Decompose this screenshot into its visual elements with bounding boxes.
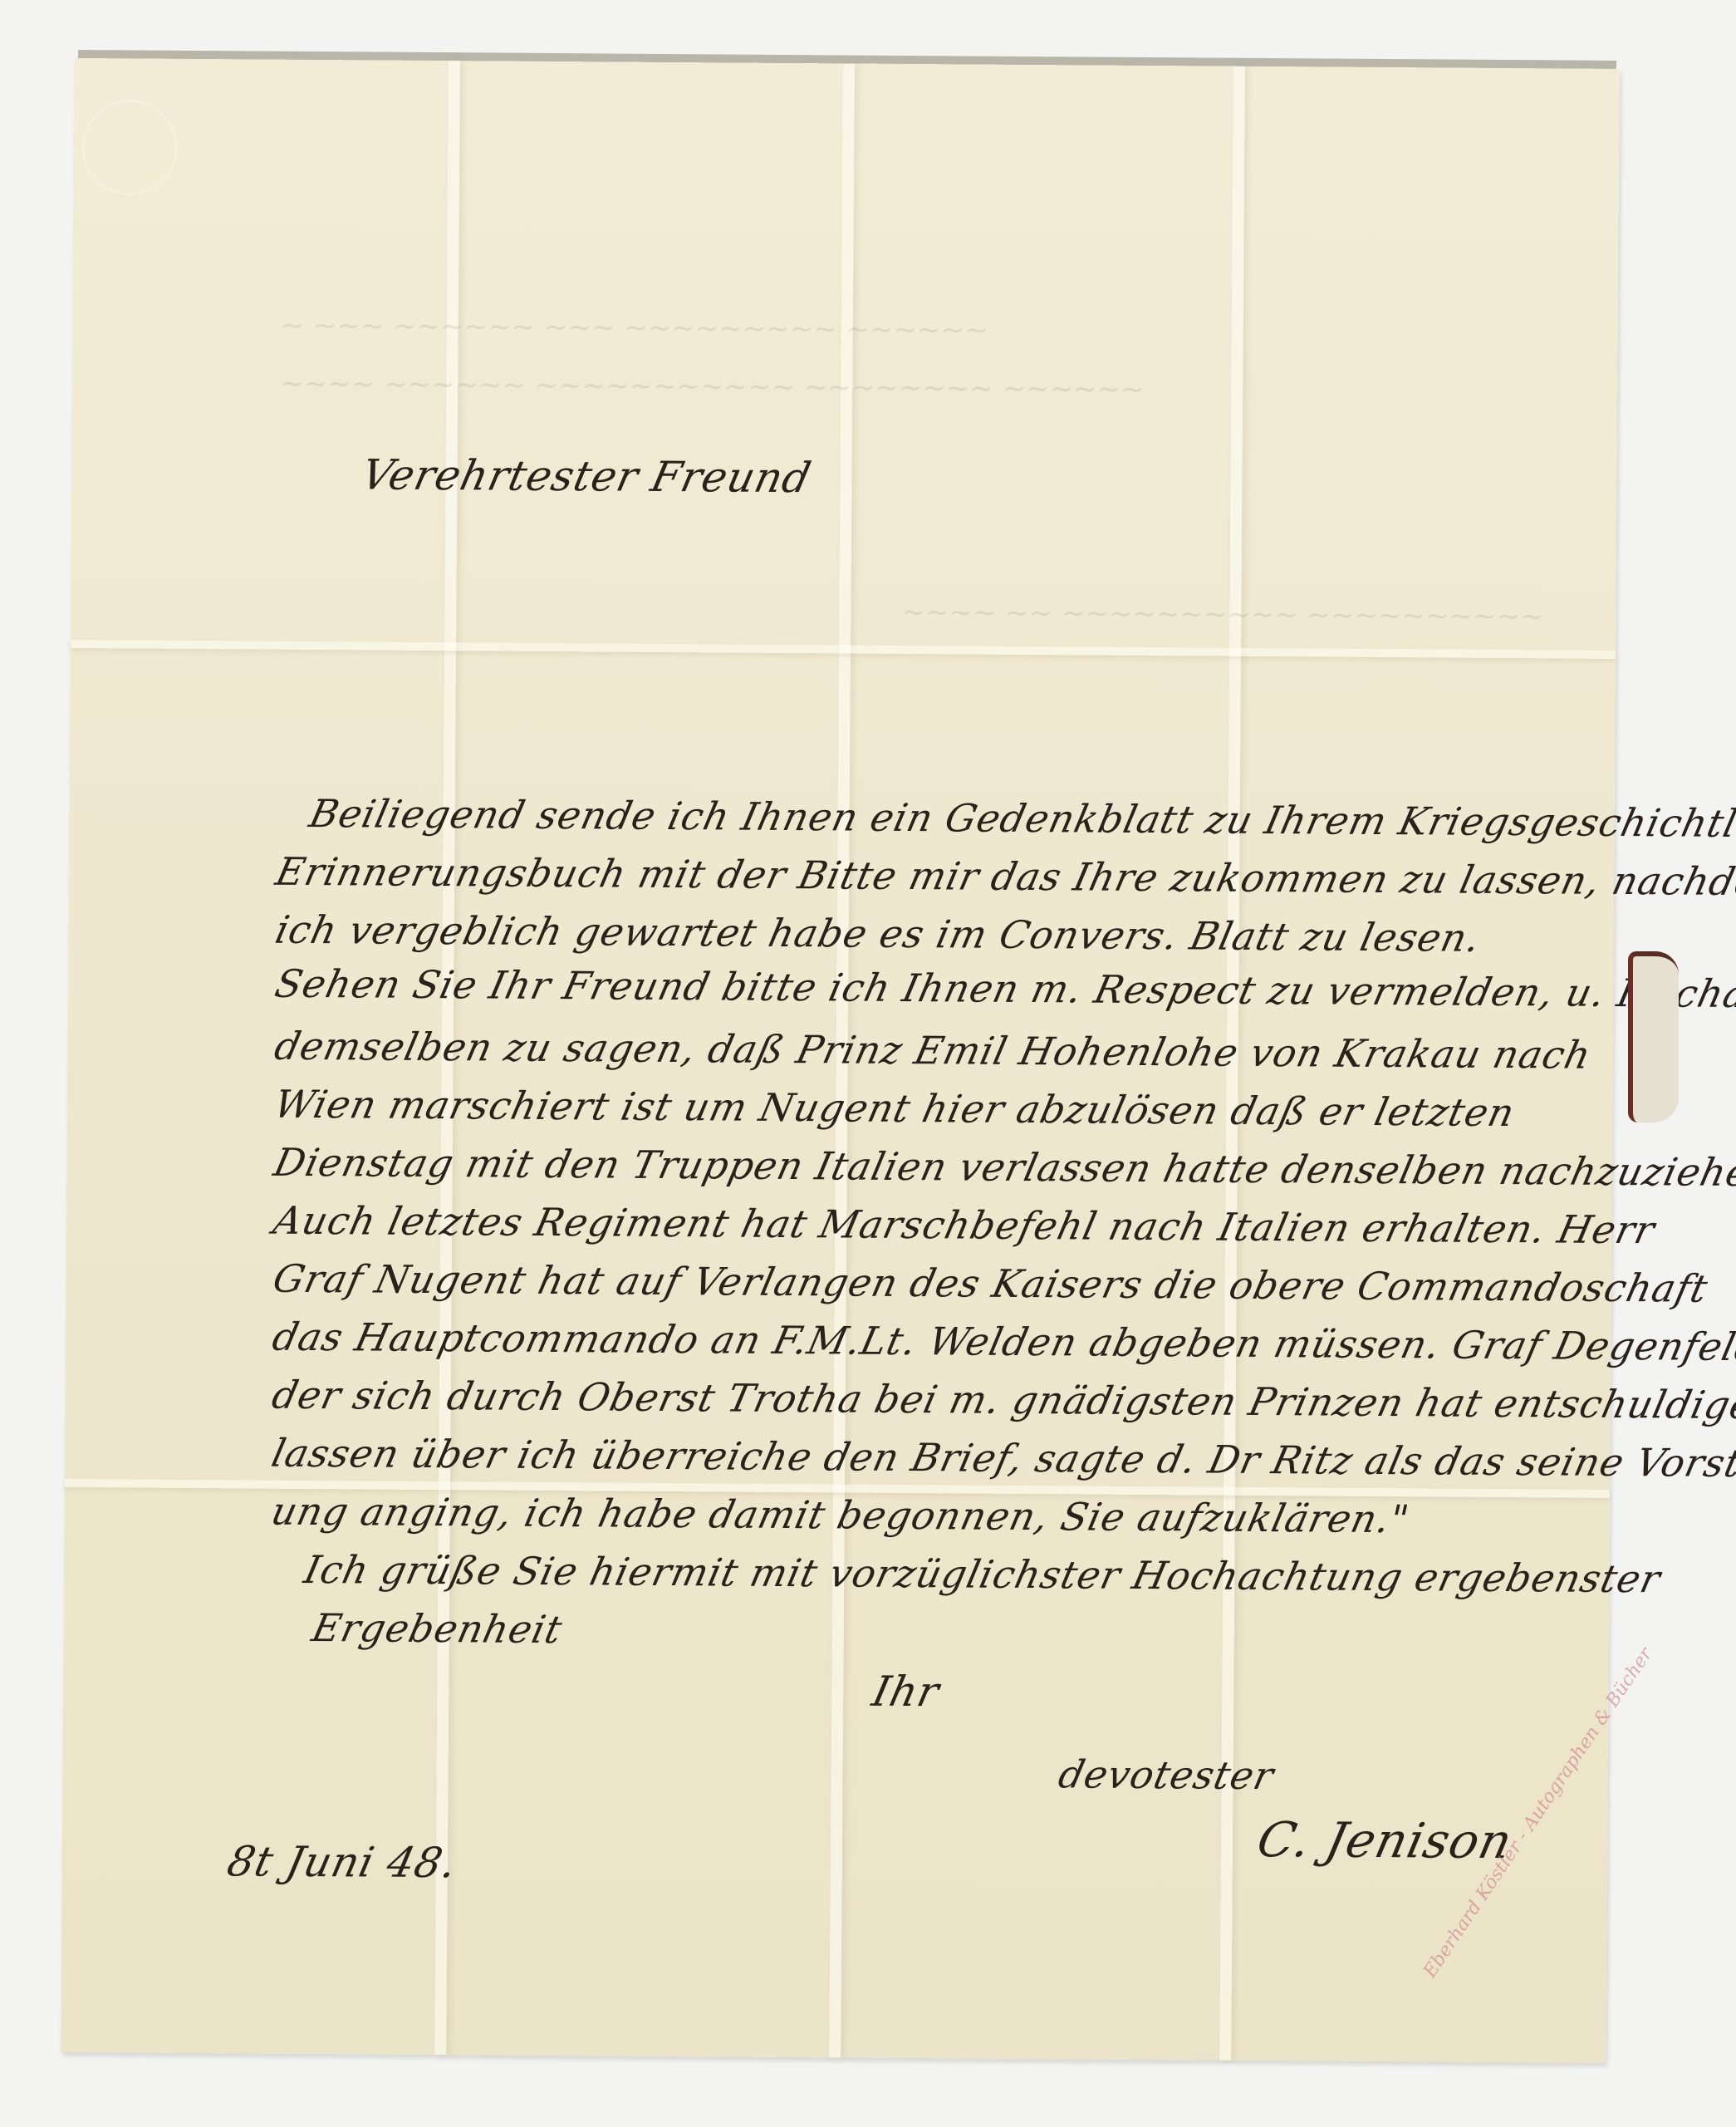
body-line: lassen über ich überreiche den Brief, sa… bbox=[267, 1431, 1736, 1486]
body-line: Wien marschiert ist um Nugent hier abzul… bbox=[270, 1082, 1519, 1135]
body-line: Ergebenheit bbox=[308, 1605, 566, 1652]
bleed-through-text: ~~~~ ~~~~~~ ~~~~~~~~~~~ ~~~~~~~~ ~~~~~~ bbox=[280, 367, 1145, 406]
body-line: das Hauptcommando an F.M.Lt. Welden abge… bbox=[268, 1314, 1736, 1369]
body-line: Beiliegend sende ich Ihnen ein Gedenkbla… bbox=[306, 791, 1736, 847]
body-line: ich vergeblich gewartet habe es im Conve… bbox=[272, 907, 1485, 960]
bleed-through-text: ~~~~ ~~ ~~~~~~~~~~ ~~~~~~~~~~ bbox=[901, 596, 1543, 633]
body-line: Auch letztes Regiment hat Marschbefehl n… bbox=[269, 1198, 1659, 1253]
date: 8t Juni 48. bbox=[223, 1837, 461, 1887]
bleed-through-text: ~ ~~~ ~~~~~~ ~~~ ~~~~~~~~~ ~~~~~~ bbox=[281, 309, 988, 347]
letter-sheet: ~ ~~~ ~~~~~~ ~~~ ~~~~~~~~~ ~~~~~~ ~~~~ ~… bbox=[61, 58, 1620, 2063]
blind-stamp-emboss bbox=[82, 100, 178, 195]
body-line: der sich durch Oberst Trotha bei m. gnäd… bbox=[268, 1373, 1736, 1428]
body-line: demselben zu sagen, daß Prinz Emil Hohen… bbox=[271, 1024, 1596, 1078]
signature: C. Jenison bbox=[1253, 1811, 1518, 1869]
body-line: Graf Nugent hat auf Verlangen des Kaiser… bbox=[269, 1256, 1713, 1311]
body-line: Sehen Sie Ihr Freund bitte ich Ihnen m. … bbox=[271, 961, 1736, 1017]
body-line: Ich grüße Sie hiermit mit vorzüglichster… bbox=[300, 1547, 1665, 1601]
body-line: Dienstag mit den Truppen Italien verlass… bbox=[270, 1140, 1736, 1196]
body-line: Erinnerungsbuch mit der Bitte mir das Ih… bbox=[272, 849, 1736, 905]
body-line: ung anging, ich habe damit begonnen, Sie… bbox=[267, 1489, 1414, 1541]
wax-seal-remnant bbox=[1628, 951, 1679, 1122]
closing: Ihr bbox=[868, 1668, 944, 1716]
closing-devotester: devotester bbox=[1055, 1751, 1278, 1798]
salutation: Verehrtester Freund bbox=[357, 450, 816, 502]
